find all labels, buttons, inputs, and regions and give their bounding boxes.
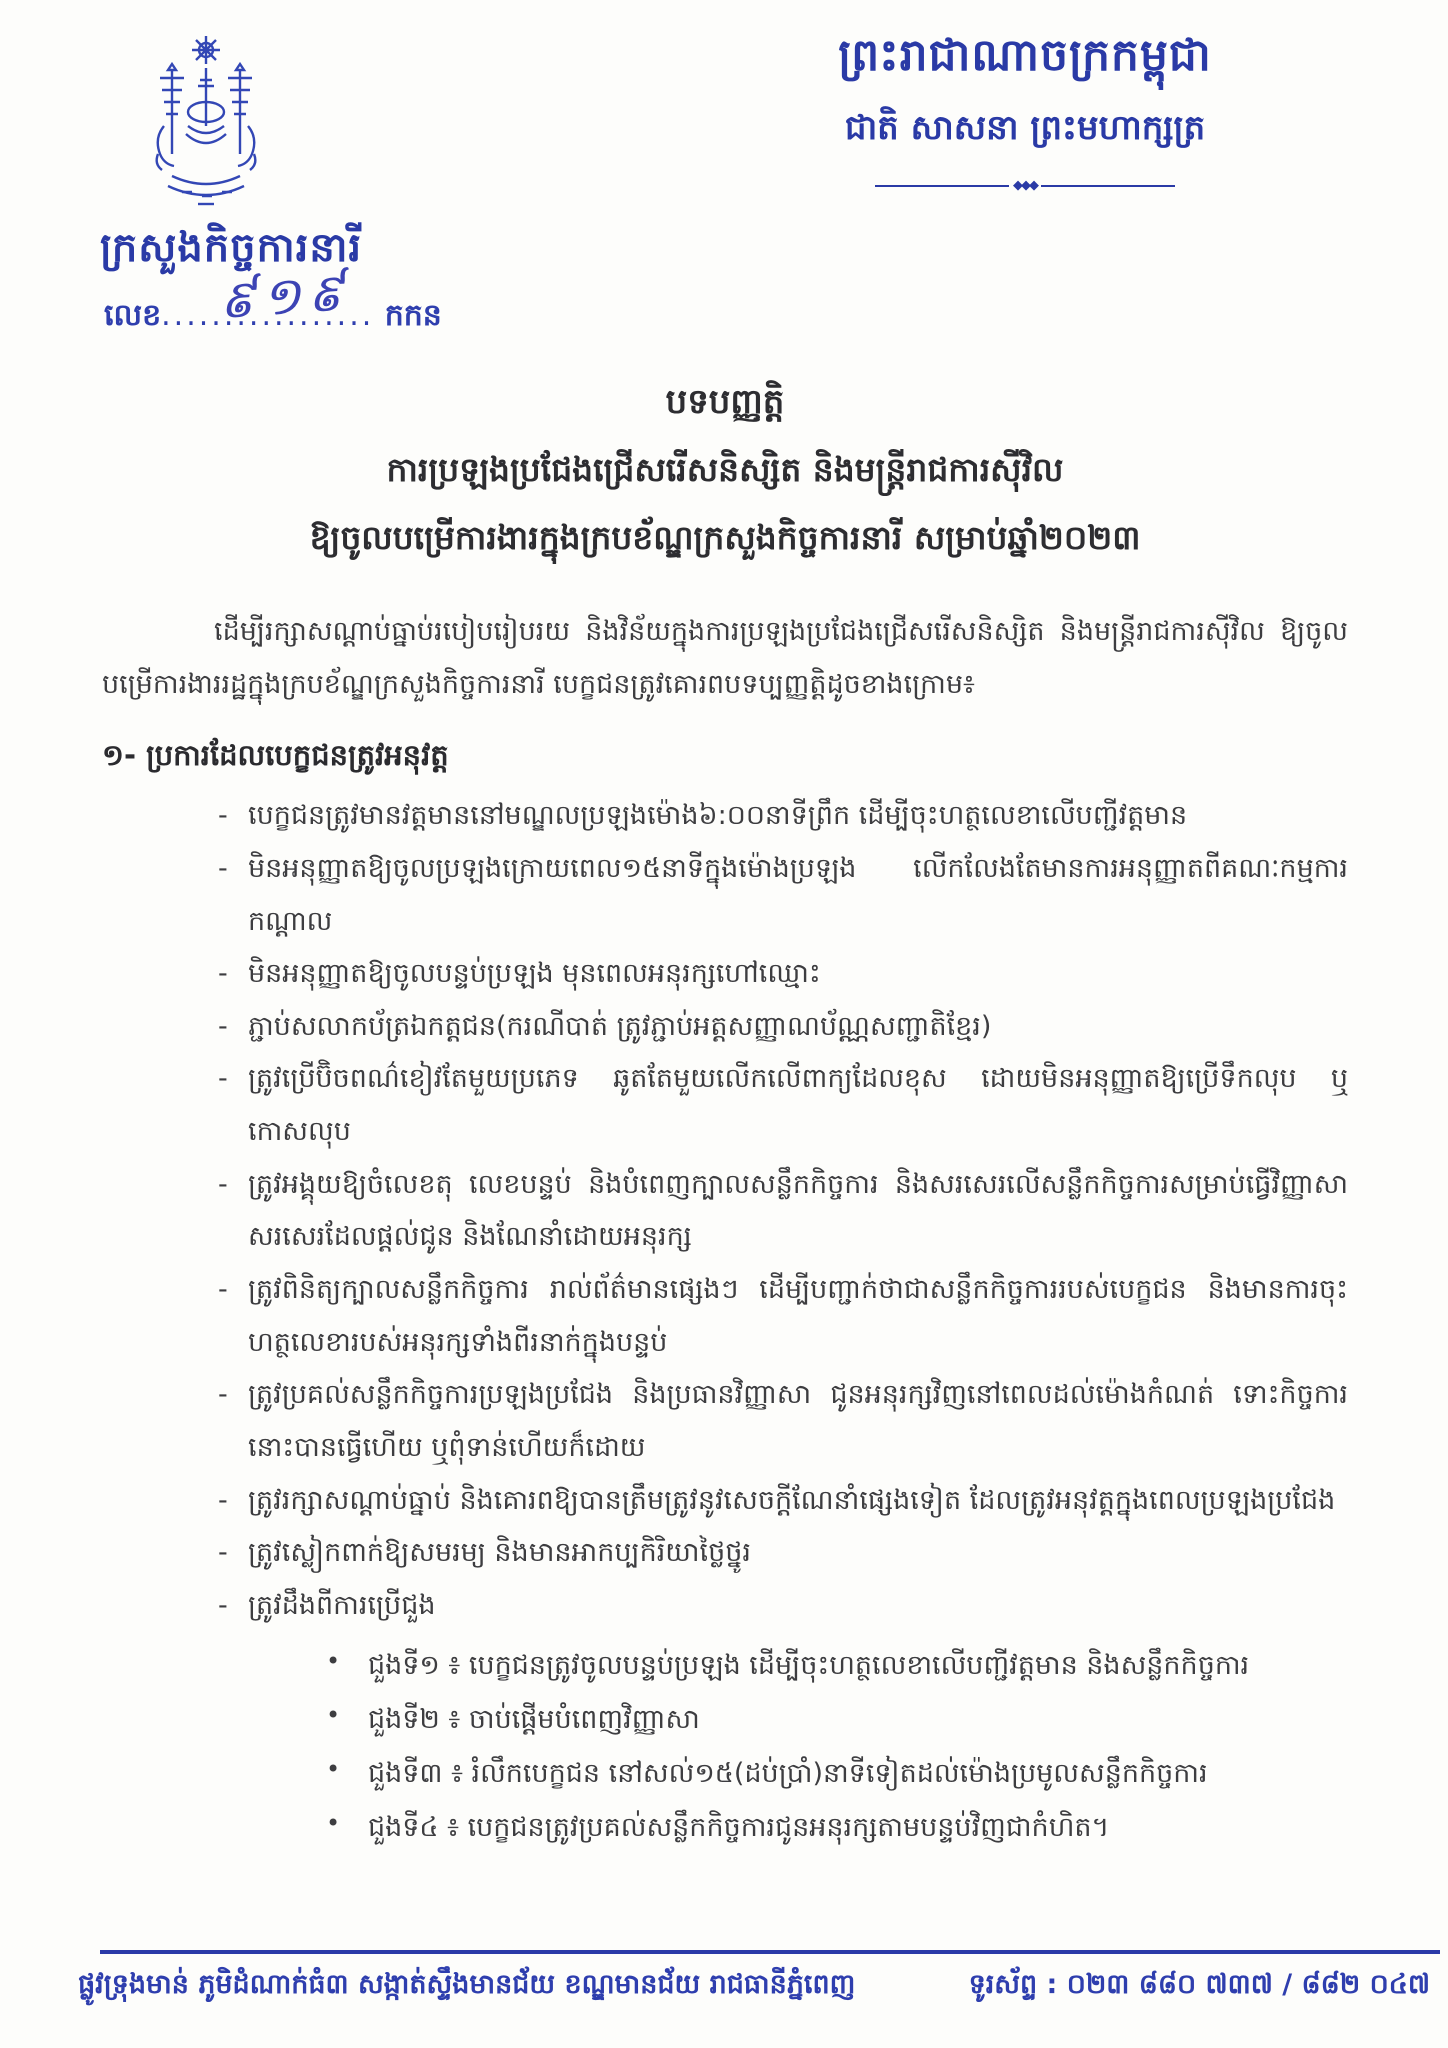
kingdom-motto: ជាតិ សាសនា ព្រះមហាក្សត្រ xyxy=(660,106,1390,156)
kingdom-title: ព្រះរាជាណាចក្រកម្ពុជា xyxy=(660,28,1390,92)
divider-line-right xyxy=(1041,185,1175,187)
footer-address: ផ្លូវទ្រុងមាន់ ភូមិដំណាក់ធំ៣ សង្កាត់ស្ទឹ… xyxy=(78,1968,855,2007)
footer-phone: ទូរស័ព្ទ : ០២៣ ៨៨០ ៧៣៧ / ៨៨២ ០៤៧ xyxy=(969,1968,1440,2007)
dotted-leader: .................៩១៩ xyxy=(161,298,374,333)
header-divider: ◆◆◆ xyxy=(875,178,1175,193)
list-item: •ជួងទី២ ៖ ចាប់ផ្តើមបំពេញវិញ្ញាសា xyxy=(320,1693,1348,1747)
royal-arms-logo xyxy=(142,34,270,216)
document-number-line: លេខ.................៩១៩ កកន xyxy=(104,296,442,340)
intro-paragraph: ដើម្បីរក្សាសណ្តាប់ធ្នាប់របៀបរៀបរយ និងវិន… xyxy=(102,606,1348,711)
crest-ray xyxy=(192,36,220,64)
section-1-heading: ១- ប្រការដែលបេក្ខជនត្រូវអនុវត្ត xyxy=(102,738,1348,780)
document-title: បទបញ្ញត្តិ xyxy=(102,380,1348,430)
crest-bowl-sword xyxy=(186,68,226,143)
divider-line-left xyxy=(875,185,1009,187)
list-item: •ជួងទី៤ ៖ បេក្ខជនត្រូវប្រគល់សន្លឹកកិច្ចក… xyxy=(320,1801,1348,1855)
header-divider-ornament: ◆◆◆ xyxy=(1009,178,1041,193)
bell-signal-list: •ជួងទី១ ៖ បេក្ខជនត្រូវចូលបន្ទប់ប្រឡង ដើម… xyxy=(102,1639,1348,1855)
list-item: -ត្រូវស្លៀកពាក់ឱ្យសមរម្យ និងមានអាកប្បកិរ… xyxy=(218,1527,1348,1580)
list-item: -ត្រូវរក្សាសណ្តាប់ធ្នាប់ និងគោរពឱ្យបានត្… xyxy=(218,1475,1348,1528)
list-item: -ភ្ជាប់សលាកប័ត្រឯកត្តជន(ករណីបាត់ ត្រូវភ្… xyxy=(218,1001,1348,1054)
list-item: -បេក្ខជនត្រូវមានវត្តមាននៅមណ្ឌលប្រឡងម៉ោង៦… xyxy=(218,790,1348,843)
list-item: -ត្រូវដឹងពីការប្រើជួង xyxy=(218,1580,1348,1633)
list-item: -មិនអនុញ្ញាតឱ្យចូលប្រឡងក្រោយពេល១៥នាទីក្ន… xyxy=(218,843,1348,948)
page-footer: ផ្លូវទ្រុងមាន់ ភូមិដំណាក់ធំ៣ សង្កាត់ស្ទឹ… xyxy=(0,1950,1448,2007)
number-suffix: កកន xyxy=(385,298,442,333)
footer-rule xyxy=(100,1950,1440,1954)
list-item: •ជួងទី៣ ៖ រំលឹកបេក្ខជន នៅសល់១៥(ដប់ប្រាំ)… xyxy=(320,1747,1348,1801)
scanned-document-page: ក្រសួងកិច្ចការនារី លេខ.................៩… xyxy=(0,0,1448,2048)
list-item: -ត្រូវពិនិត្យក្បាលសន្លឹកកិច្ចការ រាល់ព័ត… xyxy=(218,1264,1348,1369)
crest-ribbon xyxy=(168,176,244,204)
crest-left-parasol xyxy=(160,64,184,154)
kingdom-header: ព្រះរាជាណាចក្រកម្ពុជា ជាតិ សាសនា ព្រះមហា… xyxy=(660,28,1390,193)
handwritten-number: ៩១៩ xyxy=(217,260,353,345)
list-item: -មិនអនុញ្ញាតឱ្យចូលបន្ទប់ប្រឡង មុនពេលអនុរ… xyxy=(218,948,1348,1001)
list-item: •ជួងទី១ ៖ បេក្ខជនត្រូវចូលបន្ទប់ប្រឡង ដើម… xyxy=(320,1639,1348,1693)
document-subtitle-2: ឱ្យចូលបម្រើការងារក្នុងក្របខ័ណ្ឌក្រសួងកិច… xyxy=(102,518,1348,566)
document-body: បទបញ្ញត្តិ ការប្រឡងប្រជែងជ្រើសរើសនិស្សិត… xyxy=(102,380,1348,1855)
list-item: -ត្រូវប្រើប៊ិចពណ៌ខៀវតែមួយប្រភេទ ឆូតតែមួយ… xyxy=(218,1053,1348,1158)
crest-right-parasol xyxy=(228,64,252,154)
rules-list: -បេក្ខជនត្រូវមានវត្តមាននៅមណ្ឌលប្រឡងម៉ោង៦… xyxy=(102,790,1348,1632)
list-item: -ត្រូវប្រគល់សន្លឹកកិច្ចការប្រឡងប្រជែង និ… xyxy=(218,1369,1348,1474)
number-label: លេខ xyxy=(104,298,161,333)
list-item: -ត្រូវអង្គុយឱ្យចំលេខតុ លេខបន្ទប់ និងបំពេ… xyxy=(218,1159,1348,1264)
document-subtitle-1: ការប្រឡងប្រជែងជ្រើសរើសនិស្សិត និងមន្ត្រី… xyxy=(102,450,1348,498)
